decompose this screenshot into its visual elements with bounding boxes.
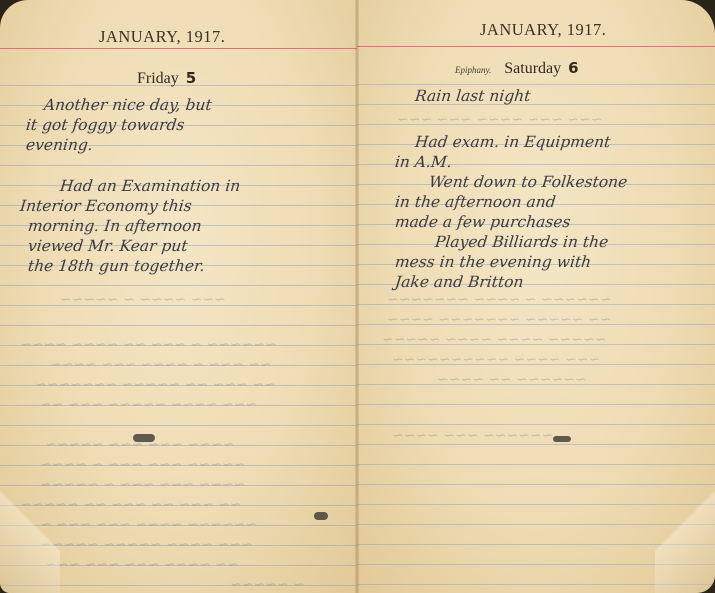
- day-name: Saturday: [504, 60, 561, 77]
- entry-line: Another nice day, but: [43, 95, 213, 115]
- bleed-through-text: ~~~ ~~~~ ~ ~~~~~: [60, 290, 226, 310]
- bleed-through-text: ~~ ~~~~ ~~~ ~~~ ~~~: [45, 555, 239, 575]
- bleed-through-text: ~~~~~~ ~ ~~~~ ~~~~~~~: [387, 290, 612, 310]
- day-number: 6: [568, 59, 578, 77]
- day-number: 5: [186, 69, 196, 87]
- day-heading: Epiphany. Saturday 6: [455, 59, 579, 78]
- bleed-through-text: ~~~ ~~~~ ~~~~~ ~~~~~: [40, 535, 253, 555]
- bleed-through-text: ~~ ~~~~~ ~~~~~~~ ~~~~: [387, 310, 612, 330]
- bleed-through-text: ~~~~ ~~~ ~~~ ~ ~~~~~: [40, 475, 246, 495]
- entry-line: made a few purchases: [394, 212, 572, 232]
- bleed-through-text: ~~ ~~~ ~ ~~~~ ~~~ ~~~~: [50, 355, 272, 375]
- entry-line: viewed Mr. Kear put: [27, 236, 189, 256]
- bleed-through-text: ~~~~~~ ~ ~~~ ~~ ~~~~ ~~~~: [20, 335, 277, 355]
- bleed-through-text: ~~ ~~~ ~~ ~~~~~ ~~~~~~~: [35, 375, 276, 395]
- entry-line: evening.: [25, 135, 94, 155]
- bleed-through-text: ~ ~~~~~: [230, 575, 305, 593]
- entry-line: Interior Economy this: [19, 196, 193, 216]
- entry-line: Had exam. in Equipment: [414, 132, 611, 152]
- page-header-month: JANUARY, 1917.: [99, 27, 225, 47]
- day-heading: Friday 5: [137, 69, 196, 88]
- ink-smudge: [553, 436, 571, 442]
- red-header-rule: [0, 48, 357, 49]
- bleed-through-text: ~~~~~~ ~~~~ ~~~ ~~~ ~: [40, 515, 257, 535]
- entry-line: Jake and Britton: [394, 272, 525, 292]
- entry-line: Had an Examination in: [59, 176, 241, 196]
- bleed-through-text: ~~~~~ ~~~~ ~~~~ ~~~~~: [382, 330, 607, 350]
- entry-line: morning. In afternoon: [27, 216, 203, 236]
- feast-day-label: Epiphany.: [455, 65, 491, 75]
- diary-spread: JANUARY, 1917. Friday 5 ~~~ ~~~~ ~ ~~~~~…: [0, 0, 715, 593]
- bleed-through-text: ~~~~~~ ~~~ ~~~~: [392, 426, 553, 446]
- entry-line: it got foggy towards: [25, 115, 186, 135]
- book-binding: [355, 0, 359, 593]
- left-page: JANUARY, 1917. Friday 5 ~~~ ~~~~ ~ ~~~~~…: [0, 0, 357, 593]
- bleed-through-text: ~~~ ~~~~ ~~~~~~~~~~: [392, 350, 600, 370]
- red-header-rule: [357, 46, 715, 47]
- bleed-through-text: ~~~~~~ ~~ ~~~~: [437, 370, 587, 390]
- page-header-month: JANUARY, 1917.: [480, 20, 606, 40]
- page-curl: [655, 453, 715, 593]
- entry-line: in the afternoon and: [394, 192, 557, 212]
- bleed-through-text: ~~~~~ ~~~ ~~~ ~ ~~~~: [40, 455, 246, 475]
- entry-line: the 18th gun together.: [27, 256, 206, 276]
- entry-line: in A.M.: [394, 152, 453, 172]
- day-name: Friday: [137, 70, 179, 87]
- bleed-through-text: ~~~ ~~~~ ~~~~~ ~~~ ~~: [40, 395, 257, 415]
- right-page: JANUARY, 1917. Epiphany. Saturday 6 ~~~ …: [357, 0, 715, 593]
- entry-line: mess in the evening with: [394, 252, 592, 272]
- entry-line: Went down to Folkestone: [428, 172, 628, 192]
- entry-line: Played Billiards in the: [434, 232, 609, 252]
- ink-smudge: [133, 434, 155, 442]
- bleed-through-text: ~~~ ~~~ ~~~~ ~~~ ~~~: [397, 110, 603, 130]
- entry-line: Rain last night: [414, 86, 532, 106]
- page-curl: [0, 453, 60, 593]
- ink-smudge: [314, 512, 328, 520]
